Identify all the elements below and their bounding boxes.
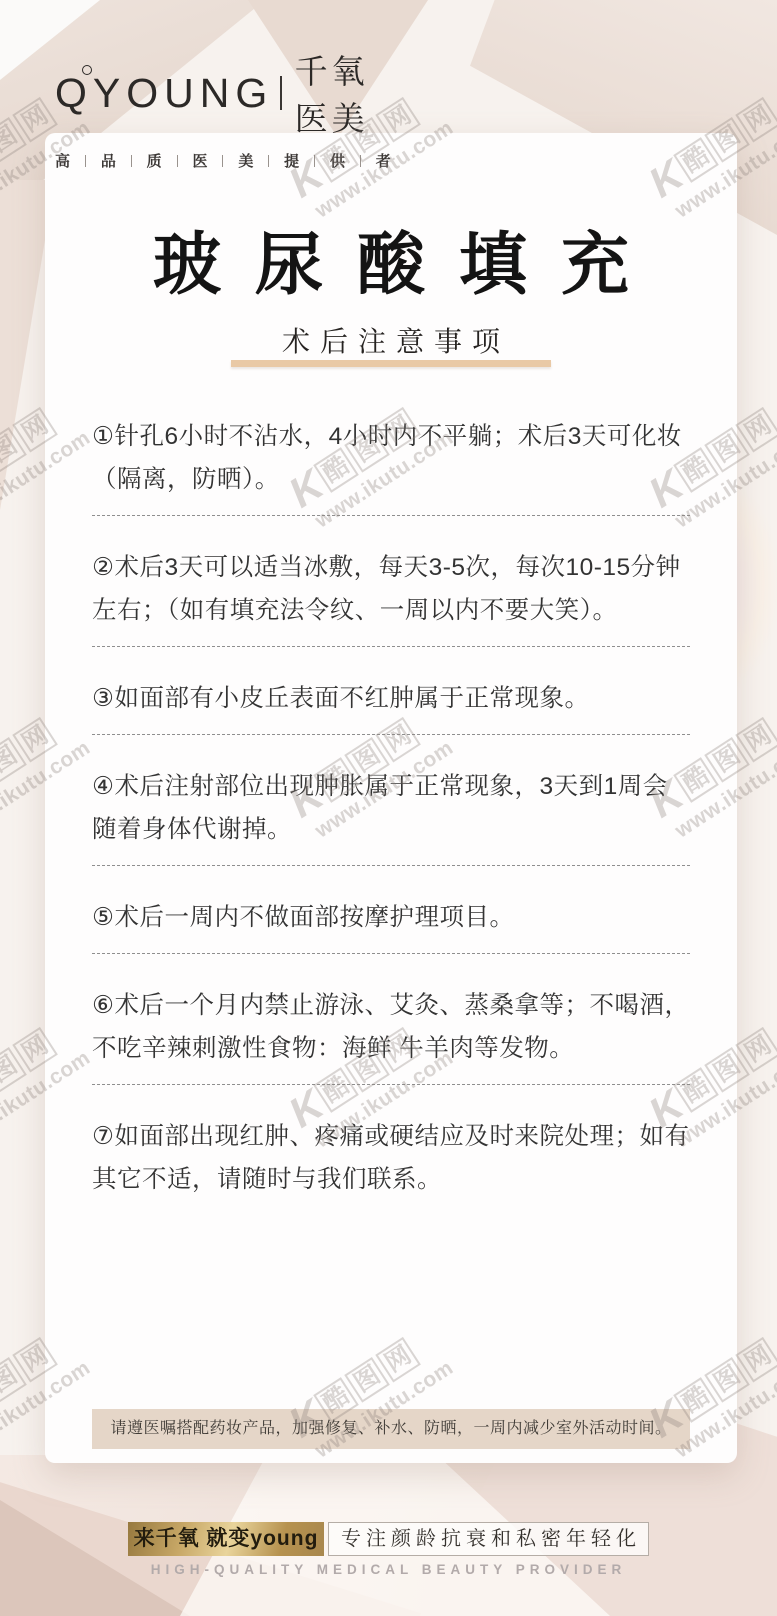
instruction-item: ②术后3天可以适当冰敷，每天3-5次，每次10-15分钟左右；（如有填充法令纹、…: [92, 516, 690, 647]
instruction-item: ③如面部有小皮丘表面不红肿属于正常现象。: [92, 647, 690, 735]
instruction-item: ⑥术后一个月内禁止游泳、艾灸、蒸桑拿等；不喝酒，不吃辛辣刺激性食物：海鲜 牛羊肉…: [92, 954, 690, 1085]
tagline-char: 者: [376, 150, 391, 171]
tagline-separator: [222, 155, 223, 167]
poster: QYOUNG 千氧医美 高品质医美提供者 玻尿酸填充 术后注意事项 ①针孔6小时…: [0, 0, 777, 1616]
tagline-char: 品: [101, 150, 116, 171]
tagline-char: 提: [284, 150, 299, 171]
page-title: 玻尿酸填充: [92, 228, 690, 303]
watermark-name-char: 网: [735, 406, 777, 452]
logo-divider: [280, 76, 281, 110]
tagline-separator: [268, 155, 269, 167]
brand-logo-latin: QYOUNG: [55, 70, 273, 117]
tagline-char: 供: [330, 150, 345, 171]
q-ring-ornament-icon: [82, 65, 92, 75]
tagline-separator: [131, 155, 132, 167]
instruction-item: ⑤术后一周内不做面部按摩护理项目。: [92, 866, 690, 954]
slogan-banner: 来千氧 就变young 专注颜龄抗衰和私密年轻化: [0, 1522, 777, 1556]
watermark-name-char: 网: [735, 1026, 777, 1072]
tagline-separator: [314, 155, 315, 167]
tagline-separator: [360, 155, 361, 167]
brand-logo: QYOUNG 千氧医美 高品质医美提供者: [55, 46, 395, 171]
tagline-separator: [85, 155, 86, 167]
watermark-name-char: 图: [0, 1356, 27, 1402]
logo-tagline: 高品质医美提供者: [55, 150, 391, 171]
subtitle-wrap: 术后注意事项: [92, 327, 690, 367]
tagline-char: 质: [147, 150, 162, 171]
tagline-separator: [177, 155, 178, 167]
instruction-list: ①针孔6小时不沾水，4小时内不平躺；术后3天可化妆（隔离，防晒）。 ②术后3天可…: [92, 391, 690, 1215]
instruction-item: ①针孔6小时不沾水，4小时内不平躺；术后3天可化妆（隔离，防晒）。: [92, 391, 690, 516]
tagline-char: 美: [238, 150, 253, 171]
footer-provider-line: HIGH-QUALITY MEDICAL BEAUTY PROVIDER: [0, 1562, 777, 1577]
instruction-item: ④术后注射部位出现肿胀属于正常现象，3天到1周会随着身体代谢掉。: [92, 735, 690, 866]
doctor-advice-note: 请遵医嘱搭配药妆产品，加强修复、补水、防晒，一周内减少室外活动时间。: [92, 1409, 690, 1449]
watermark-name-char: 网: [735, 716, 777, 762]
watermark-name-char: 网: [735, 1336, 777, 1382]
tagline-char: 医: [192, 150, 207, 171]
brand-logo-row: QYOUNG 千氧医美: [55, 46, 395, 140]
instruction-item: ⑦如面部出现红肿、疼痛或硬结应及时来院处理；如有其它不适，请随时与我们联系。: [92, 1085, 690, 1215]
slogan-outline-box: 专注颜龄抗衰和私密年轻化: [328, 1522, 649, 1556]
slogan-gold-box: 来千氧 就变young: [128, 1522, 324, 1556]
tagline-char: 高: [55, 150, 70, 171]
watermark-name-char: 图: [0, 736, 27, 782]
subtitle-underline-bar: [231, 360, 551, 367]
watermark-name-char: 图: [0, 1046, 27, 1092]
page-subtitle: 术后注意事项: [92, 327, 690, 357]
brand-name-latin: QYOUNG: [55, 70, 273, 116]
brand-name-chinese: 千氧医美: [295, 46, 395, 140]
content-card: 玻尿酸填充 术后注意事项 ①针孔6小时不沾水，4小时内不平躺；术后3天可化妆（隔…: [45, 133, 737, 1463]
